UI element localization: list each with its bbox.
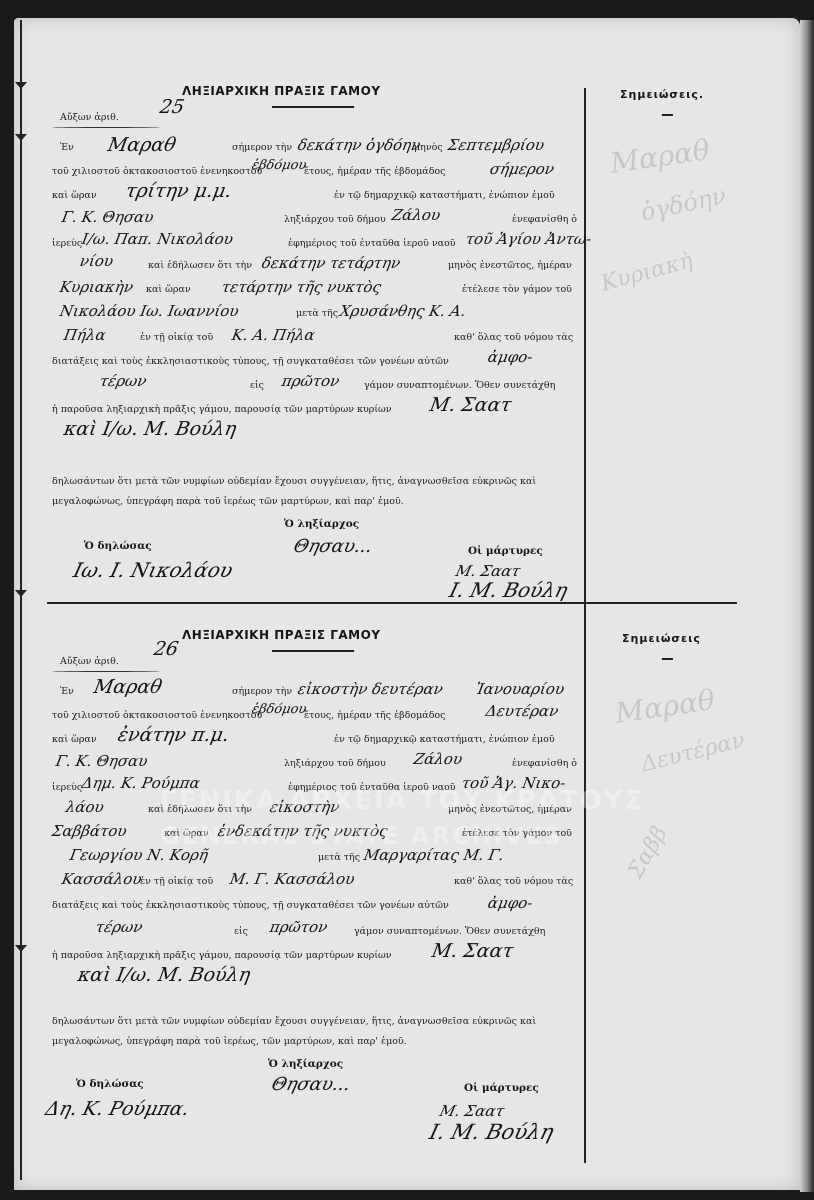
field-registrar: Γ. Κ. Θησαυ bbox=[54, 752, 149, 770]
field-status-cont: τέρων bbox=[94, 918, 144, 936]
printed-text: μηνὸς bbox=[414, 142, 443, 153]
printed-text: εἰς bbox=[250, 380, 264, 391]
archive-watermark-greek: ΓΕΝΙΚΑ ΑΡΧΕΙΑ ΤΟΥ ΚΡΑΤΟΥΣ bbox=[160, 786, 644, 816]
printed-text: δηλωσάντων ὅτι μετὰ τῶν νυμφίων οὐδεμίαν… bbox=[52, 476, 536, 487]
printed-text: καὶ ἐδήλωσεν ὅτι τὴν bbox=[148, 260, 252, 271]
printed-text: ἐνεφανίσθη ὁ bbox=[512, 758, 577, 769]
printed-text: ἐνεφανίσθη ὁ bbox=[512, 214, 577, 225]
printed-text: μεγαλοφώνως, ὑπεγράφη παρὰ τοῦ ἱερέως, τ… bbox=[52, 1036, 407, 1047]
field-year: ἑβδόμου bbox=[251, 702, 308, 717]
field-wedding-weekday: Σαββάτου bbox=[50, 822, 128, 840]
printed-text: Ἐν bbox=[60, 686, 74, 697]
declarant-signature: Ιω. Ι. Νικολάου bbox=[71, 558, 235, 582]
notes-title: Σημειώσεις bbox=[622, 632, 701, 645]
field-month: Ἰανουαρίου bbox=[474, 680, 565, 698]
field-marriage-kind: πρῶτον bbox=[268, 918, 329, 936]
printed-text: ἱερεὺς bbox=[52, 782, 82, 793]
printed-text: ἐφημέριος τοῦ ἐνταῦθα ἱεροῦ ναοῦ bbox=[288, 238, 456, 249]
printed-text: μετὰ τῆς bbox=[296, 308, 338, 319]
field-witness-1: Μ. Σαατ bbox=[428, 394, 513, 416]
serial-underline bbox=[52, 127, 160, 128]
printed-text: τοῦ χιλιοστοῦ ὀκτακοσιοστοῦ ἐνενηκοστοῦ bbox=[52, 710, 262, 721]
field-bride: Χρυσάνθης Κ. Α. bbox=[338, 302, 467, 320]
field-bride-cont: Πήλα bbox=[62, 326, 107, 344]
binding-line bbox=[20, 20, 22, 1180]
printed-text: ἐν τῷ δημαρχικῷ καταστήματι, ἐνώπιον ἐμο… bbox=[334, 734, 555, 745]
field-groom: Νικολάου Ιω. Ιωαννίου bbox=[58, 302, 240, 320]
printed-text: διατάξεις καὶ τοὺς ἐκκλησιαστικοὺς τύπου… bbox=[52, 356, 449, 367]
printed-text: ληξιάρχου τοῦ δήμου bbox=[284, 758, 386, 769]
notes-value bbox=[662, 658, 673, 660]
printed-text: σήμερον τὴν bbox=[232, 686, 292, 697]
archive-watermark-english: GENERAL STATE ARCHIVES bbox=[160, 822, 563, 850]
witness-signature-2: Ι. Μ. Βούλη bbox=[447, 578, 570, 602]
printed-text: ἐν τῷ δημαρχικῷ καταστήματι, ἐνώπιον ἐμο… bbox=[334, 190, 555, 201]
field-year: ἑβδόμου bbox=[251, 158, 308, 173]
field-month: Σεπτεμβρίου bbox=[446, 136, 545, 154]
field-weekday: Δευτέραν bbox=[484, 702, 560, 720]
printed-text: ληξιάρχου τοῦ δήμου bbox=[284, 214, 386, 225]
printed-text: γάμον συναπτομένων. Ὅθεν συνετάχθη bbox=[354, 926, 545, 937]
printed-text: ἐτέλεσε τὸν γάμον τοῦ bbox=[462, 284, 572, 295]
binding-arrow-icon bbox=[15, 134, 27, 141]
printed-text: τοῦ χιλιοστοῦ ὀκτακοσιοστοῦ ἐνενηκοστοῦ bbox=[52, 166, 262, 177]
field-hour: τρίτην μ.μ. bbox=[124, 180, 233, 202]
field-parish-cont: νίου bbox=[78, 252, 114, 270]
registrar-signature: Θησαυ... bbox=[269, 1074, 352, 1095]
field-witness-2: καὶ Ι/ω. Μ. Βούλη bbox=[62, 418, 238, 440]
witnesses-title: Οἱ μάρτυρες bbox=[464, 1082, 539, 1094]
printed-text: ἐν τῇ οἰκίᾳ τοῦ bbox=[140, 876, 213, 887]
title-underline bbox=[272, 106, 354, 108]
printed-text: γάμον συναπτομένων. Ὅθεν συνετάχθη bbox=[364, 380, 555, 391]
field-marriage-kind: πρῶτον bbox=[280, 372, 341, 390]
printed-text: καὶ ὥραν bbox=[146, 284, 191, 295]
printed-text: δηλωσάντων ὅτι μετὰ τῶν νυμφίων οὐδεμίαν… bbox=[52, 1016, 536, 1027]
field-bride-cont: Κασσάλου bbox=[60, 870, 143, 888]
binding-arrow-icon bbox=[15, 82, 27, 89]
registrar-title: Ὁ ληξίαρχος bbox=[284, 518, 359, 530]
title-underline bbox=[272, 650, 354, 652]
record-title: ΛΗΞΙΑΡΧΙΚΗ ΠΡΑΞΙΣ ΓΑΜΟΥ bbox=[182, 84, 381, 98]
printed-text: μεγαλοφώνως, ὑπεγράφη παρὰ τοῦ ἱερέως τῶ… bbox=[52, 496, 404, 507]
field-parish-cont: λάου bbox=[64, 798, 105, 816]
printed-text: εἰς bbox=[234, 926, 248, 937]
field-status: ἀμφο- bbox=[486, 348, 534, 366]
printed-text: διατάξεις καὶ τοὺς ἐκκλησιαστικοὺς τύπου… bbox=[52, 900, 449, 911]
printed-text: σήμερον τὴν bbox=[232, 142, 292, 153]
serial-label: Αὔξων ἀριθ. bbox=[60, 656, 119, 667]
field-municipality: Ζάλου bbox=[412, 750, 463, 768]
field-parish: τοῦ Ἁγίου Ἀντω- bbox=[464, 230, 593, 248]
notes-column-divider bbox=[584, 88, 586, 603]
printed-text: ἡ παροῦσα ληξιαρχικὴ πρᾶξις γάμου, παρου… bbox=[52, 950, 392, 961]
printed-text: μηνὸς ἐνεστῶτος, ἡμέραν bbox=[448, 260, 572, 271]
field-weekday: σήμερον bbox=[488, 160, 555, 178]
printed-text: ἡ παροῦσα ληξιαρχικὴ πρᾶξις γάμου, παρου… bbox=[52, 404, 392, 415]
field-wedding-day: δεκάτην τετάρτην bbox=[260, 254, 401, 272]
witness-signature-2: Ι. Μ. Βούλη bbox=[427, 1120, 556, 1144]
field-witness-1: Μ. Σαατ bbox=[430, 940, 515, 962]
field-wedding-hour: τετάρτην τῆς νυκτὸς bbox=[220, 278, 382, 296]
printed-text: μετὰ τῆς bbox=[318, 852, 360, 863]
declarant-title: Ὁ δηλώσας bbox=[84, 540, 152, 552]
field-priest: Ι/ω. Παπ. Νικολάου bbox=[80, 230, 234, 248]
registrar-signature: Θησαυ... bbox=[291, 536, 374, 557]
declarant-title: Ὁ δηλώσας bbox=[76, 1078, 144, 1090]
field-witness-2: καὶ Ι/ω. Μ. Βούλη bbox=[76, 964, 252, 986]
serial-underline bbox=[52, 671, 160, 672]
serial-label: Αὔξων ἀριθ. bbox=[60, 112, 119, 123]
field-day: δεκάτην ὀγδόην bbox=[296, 136, 422, 154]
field-wedding-weekday: Κυριακὴν bbox=[58, 278, 134, 296]
binding-arrow-icon bbox=[15, 590, 27, 597]
notes-column-divider bbox=[584, 603, 586, 1163]
declarant-signature: Δη. Κ. Ρούμπα. bbox=[43, 1098, 191, 1120]
printed-text: καὶ ὥραν bbox=[52, 734, 97, 745]
binding-arrow-icon bbox=[15, 945, 27, 952]
field-day: εἰκοστὴν δευτέραν bbox=[296, 680, 444, 698]
printed-text: ἔτους, ἡμέραν τῆς ἑβδομάδος bbox=[304, 710, 445, 721]
printed-text: Ἐν bbox=[60, 142, 74, 153]
printed-text: ἱερεὺς bbox=[52, 238, 82, 249]
field-registrar: Γ. Κ. Θησαυ bbox=[60, 208, 155, 226]
field-municipality: Ζάλου bbox=[390, 206, 441, 224]
printed-text: ἔτους, ἡμέραν τῆς ἑβδομάδος bbox=[304, 166, 445, 177]
witnesses-title: Οἱ μάρτυρες bbox=[468, 545, 543, 557]
record-title: ΛΗΞΙΑΡΧΙΚΗ ΠΡΑΞΙΣ ΓΑΜΟΥ bbox=[182, 628, 381, 642]
printed-text: καθ' ὅλας τοῦ νόμου τὰς bbox=[454, 876, 573, 887]
field-status-cont: τέρων bbox=[98, 372, 148, 390]
page-edge bbox=[800, 20, 814, 1192]
printed-text: καθ' ὅλας τοῦ νόμου τὰς bbox=[454, 332, 573, 343]
notes-title: Σημειώσεις. bbox=[620, 88, 704, 101]
field-house: Κ. Α. Πήλα bbox=[230, 326, 316, 344]
printed-text: καὶ ὥραν bbox=[52, 190, 97, 201]
witness-signature-1: Μ. Σαατ bbox=[438, 1102, 507, 1120]
field-hour: ἐνάτην π.μ. bbox=[116, 724, 231, 746]
field-status: ἀμφο- bbox=[486, 894, 534, 912]
record-separator bbox=[47, 602, 737, 604]
field-place: Μαραθ bbox=[106, 134, 178, 156]
notes-value bbox=[662, 114, 673, 116]
serial-number: 25 bbox=[158, 96, 186, 118]
registrar-title: Ὁ ληξίαρχος bbox=[268, 1058, 343, 1070]
serial-number: 26 bbox=[152, 638, 180, 660]
field-house: Μ. Γ. Κασσάλου bbox=[228, 870, 356, 888]
field-place: Μαραθ bbox=[92, 676, 164, 698]
printed-text: ἐν τῇ οἰκίᾳ τοῦ bbox=[140, 332, 213, 343]
